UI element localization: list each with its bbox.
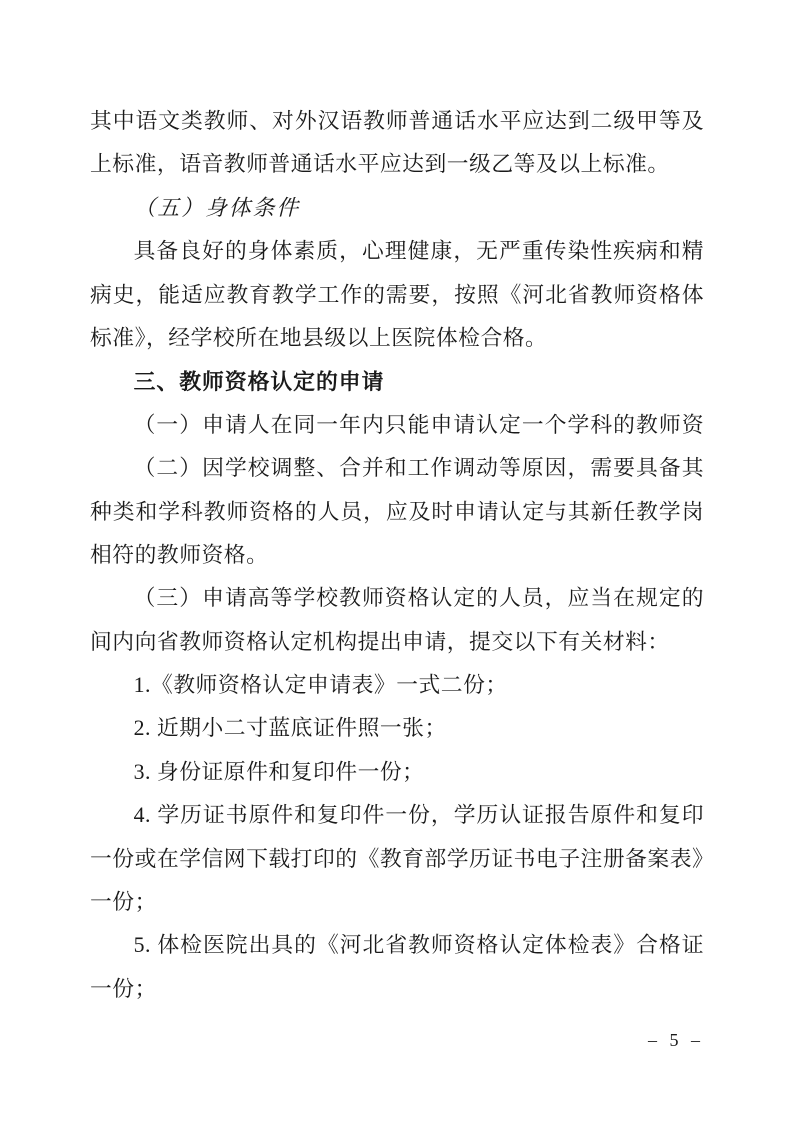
text-line: 相符的教师资格。 — [90, 534, 704, 577]
text-line: 种类和学科教师资格的人员，应及时申请认定与其新任教学岗位 — [90, 491, 704, 534]
text-line: 其中语文类教师、对外汉语教师普通话水平应达到二级甲等及以 — [90, 100, 704, 143]
text-line: 4. 学历证书原件和复印件一份，学历认证报告原件和复印件 — [90, 794, 704, 837]
text-line: （一）申请人在同一年内只能申请认定一个学科的教师资格。 — [90, 404, 704, 447]
text-line: 间内向省教师资格认定机构提出申请，提交以下有关材料： — [90, 621, 704, 664]
section-heading: 三、教师资格认定的申请 — [90, 360, 704, 403]
text-line: 病史，能适应教育教学工作的需要，按照《河北省教师资格体检 — [90, 274, 704, 317]
text-line: 一份； — [90, 881, 704, 924]
text-line: 上标准，语音教师普通话水平应达到一级乙等及以上标准。 — [90, 143, 704, 186]
text-line: 具备良好的身体素质，心理健康，无严重传染性疾病和精神 — [90, 230, 704, 273]
text-line: 2. 近期小二寸蓝底证件照一张； — [90, 707, 704, 750]
text-line: 1.《教师资格认定申请表》一式二份； — [90, 664, 704, 707]
text-line: （三）申请高等学校教师资格认定的人员，应当在规定的时 — [90, 577, 704, 620]
document-page: 其中语文类教师、对外汉语教师普通话水平应达到二级甲等及以上标准，语音教师普通话水… — [0, 0, 793, 1122]
sub-heading: （五）身体条件 — [90, 187, 704, 230]
text-line: 5. 体检医院出具的《河北省教师资格认定体检表》合格证明 — [90, 924, 704, 967]
page-content: 其中语文类教师、对外汉语教师普通话水平应达到二级甲等及以上标准，语音教师普通话水… — [90, 100, 704, 1011]
text-line: 一份或在学信网下载打印的《教育部学历证书电子注册备案表》 — [90, 838, 704, 881]
page-number: – 5 – — [638, 1030, 714, 1051]
text-line: （二）因学校调整、合并和工作调动等原因，需要具备其他 — [90, 447, 704, 490]
text-line: 标准》，经学校所在地县级以上医院体检合格。 — [90, 317, 704, 360]
text-line: 3. 身份证原件和复印件一份； — [90, 751, 704, 794]
text-line: 一份； — [90, 968, 704, 1011]
